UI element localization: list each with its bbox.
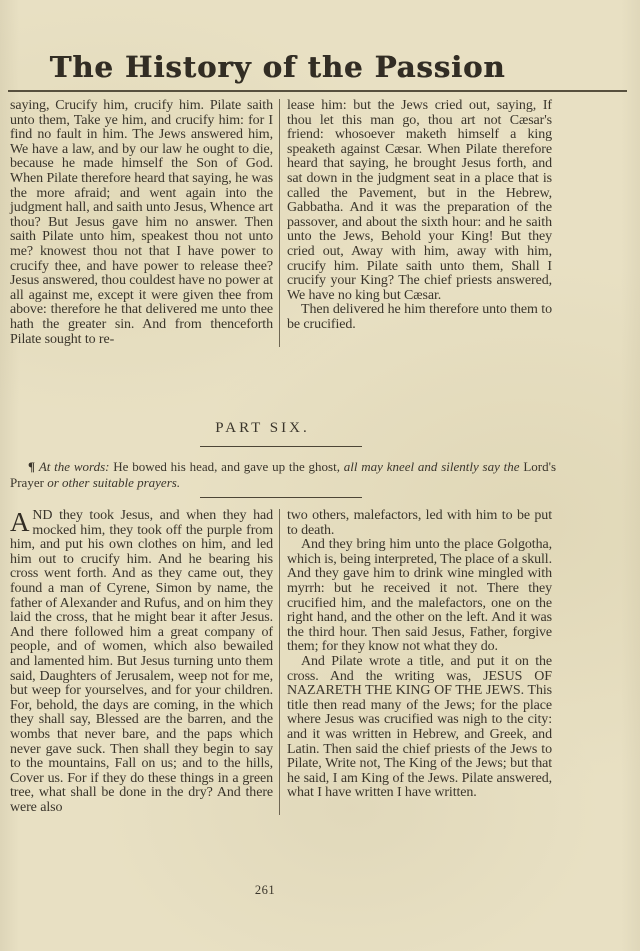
rubric-segment: all may kneel and silently say the [344,459,524,474]
header-rule [8,90,627,92]
text-section-one: saying, Crucify him, crucify him. Pilate… [10,99,552,347]
rubric-rule [200,497,362,498]
rubric-segment: ¶ [28,459,39,474]
rubric-note: ¶ At the words: He bowed his head, and g… [10,459,556,490]
paragraph: And Pilate wrote a title, and put it on … [287,655,552,801]
paragraph: Then delivered he him therefore unto the… [287,303,552,332]
heading-rule [200,446,362,447]
paragraph: AND they took Jesus, and when they had m… [10,509,273,815]
part-heading: PART SIX. [10,420,515,437]
paragraph: two others, malefactors, led with him to… [287,509,552,538]
rubric-segment: or other suitable prayers. [47,475,180,490]
section-one-right-column: lease him: but the Jews cried out, sayin… [287,99,552,347]
page-number: 261 [10,883,520,898]
paragraph: saying, Crucify him, crucify him. Pilate… [10,99,273,347]
paragraph: And they bring him unto the place Golgot… [287,538,552,655]
section-two-left-column: AND they took Jesus, and when they had m… [10,509,273,815]
column-divider [279,99,280,347]
rubric-segment: He bowed his head, and gave up the ghost… [113,459,344,474]
section-two-right-column: two others, malefactors, led with him to… [287,509,552,815]
book-page: { "page": { "title": "The History of the… [0,0,640,951]
section-one-left-column: saying, Crucify him, crucify him. Pilate… [10,99,273,347]
column-divider [279,509,280,815]
paragraph: lease him: but the Jews cried out, sayin… [287,99,552,303]
drop-cap: A [10,509,32,534]
page-title: The History of the Passion [10,50,545,84]
text-section-two: AND they took Jesus, and when they had m… [10,509,552,815]
rubric-segment: At the words: [39,459,113,474]
